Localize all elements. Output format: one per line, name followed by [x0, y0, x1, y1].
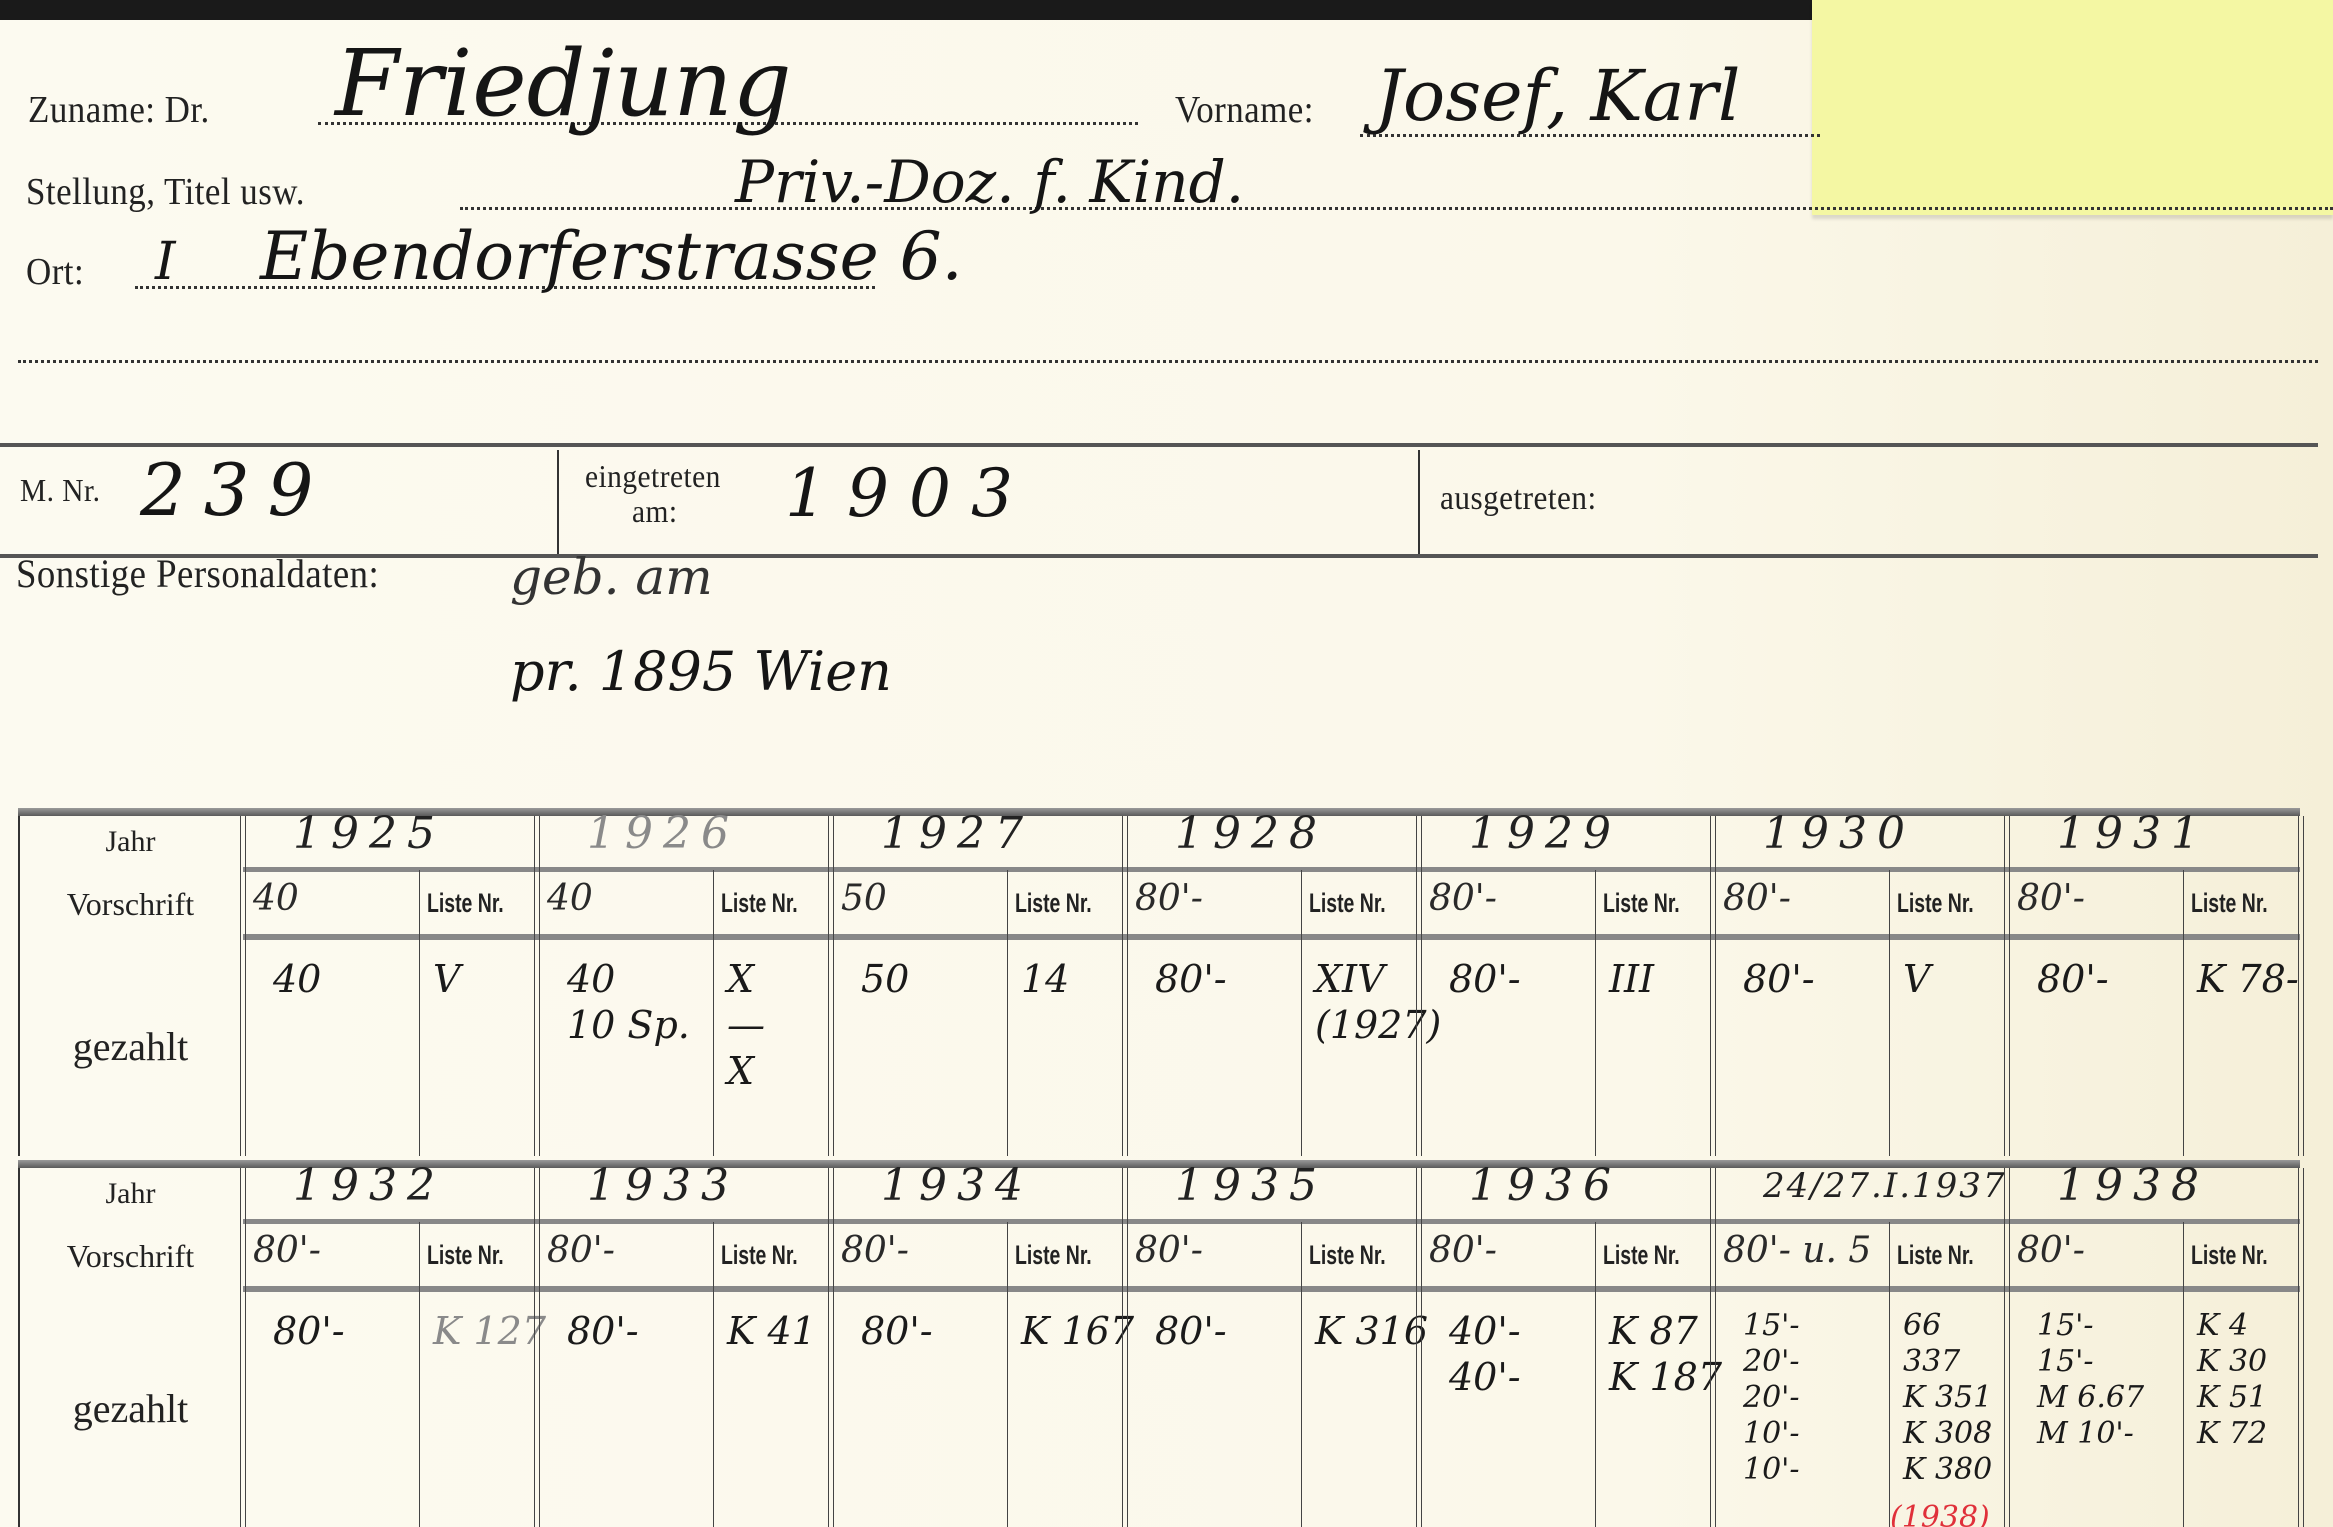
- year-value: 1932: [293, 1160, 445, 1211]
- ort-label: Ort:: [26, 250, 84, 294]
- liste-column-divider: [1889, 1222, 1890, 1527]
- liste-column-divider: [419, 870, 420, 1156]
- liste-nr-value: V: [433, 956, 460, 1002]
- table-left-border: [18, 816, 20, 1156]
- liste-nr-header: Liste Nr.: [427, 1240, 504, 1271]
- liste-nr-value: X — X: [727, 956, 765, 1094]
- year-column-divider: [828, 816, 834, 1156]
- year-column-divider: [1710, 816, 1716, 1156]
- blank-line: [18, 360, 2318, 363]
- ort-value: Ebendorferstrasse 6.: [260, 218, 963, 295]
- zuname-label: Zuname: Dr.: [28, 88, 210, 132]
- gezahlt-value: 80'-: [1155, 1308, 1227, 1354]
- vorschrift-value: 80'- u. 5: [1723, 1230, 1871, 1271]
- liste-nr-value: K 316: [1315, 1308, 1428, 1354]
- membership-card: Zuname: Dr. Friedjung Vorname: Josef, Ka…: [0, 0, 2333, 1527]
- table-left-border: [18, 1168, 20, 1527]
- year-value: 24/27.I.1937: [1763, 1166, 2007, 1206]
- mnr-value: 239: [140, 448, 331, 532]
- red-note: (1938): [1890, 1500, 1990, 1527]
- eingetreten-label-am: am:: [632, 493, 678, 530]
- liste-nr-value: 66 337 K 351 K 308 K 380: [1903, 1308, 1992, 1488]
- liste-nr-value: K 167: [1021, 1308, 1134, 1354]
- eingetreten-label: eingetreten: [585, 458, 721, 495]
- personal-line-1: geb. am: [510, 548, 713, 606]
- year-column-divider: [2004, 816, 2010, 1156]
- gezahlt-label: gezahlt: [18, 1023, 243, 1070]
- jahr-label: Jahr: [18, 825, 243, 859]
- stellung-value: Priv.-Doz. f. Kind.: [735, 148, 1244, 216]
- year-column-divider: [2004, 1168, 2010, 1527]
- year-column-divider: [534, 1168, 540, 1527]
- liste-nr-header: Liste Nr.: [721, 1240, 798, 1271]
- gezahlt-value: 15'- 15'- M 6.67 M 10'-: [2037, 1308, 2144, 1452]
- year-value: 1926: [587, 808, 739, 859]
- year-value: 1925: [293, 808, 445, 859]
- year-column-divider: [240, 816, 246, 1156]
- vorschrift-value: 80'-: [1135, 1230, 1203, 1271]
- liste-nr-value: V: [1903, 956, 1930, 1002]
- mnr-label: M. Nr.: [20, 472, 100, 509]
- gezahlt-value: 40'- 40'-: [1449, 1308, 1521, 1400]
- stellung-label: Stellung, Titel usw.: [26, 170, 305, 214]
- year-column-divider: [828, 1168, 834, 1527]
- gezahlt-value: 80'-: [1449, 956, 1521, 1002]
- vorname-value: Josef, Karl: [1375, 55, 1740, 137]
- gezahlt-value: 80'-: [1743, 956, 1815, 1002]
- liste-nr-value: K 4 K 30 K 51 K 72: [2197, 1308, 2267, 1452]
- gezahlt-label: gezahlt: [18, 1385, 243, 1432]
- ort-district: I: [155, 232, 176, 292]
- vorschrift-value: 40: [547, 878, 593, 919]
- vorschrift-value: 80'-: [2017, 1230, 2085, 1271]
- vorschrift-label: Vorschrift: [18, 1238, 243, 1275]
- gezahlt-value: 80'-: [273, 1308, 345, 1354]
- vorschrift-label: Vorschrift: [18, 886, 243, 923]
- year-value: 1929: [1469, 808, 1621, 859]
- gezahlt-value: 40 10 Sp.: [567, 956, 690, 1048]
- zuname-value: Friedjung: [335, 30, 792, 137]
- vorschrift-row-rule: [243, 934, 2300, 940]
- liste-column-divider: [713, 1222, 714, 1527]
- liste-nr-header: Liste Nr.: [1309, 1240, 1386, 1271]
- year-value: 1927: [881, 808, 1033, 859]
- year-value: 1931: [2057, 808, 2209, 859]
- liste-column-divider: [1595, 1222, 1596, 1527]
- mnr-top-rule: [0, 443, 2318, 447]
- year-column-divider: [240, 1168, 246, 1527]
- liste-nr-header: Liste Nr.: [1015, 888, 1092, 919]
- gezahlt-value: 80'-: [1155, 956, 1227, 1002]
- liste-nr-header: Liste Nr.: [1603, 1240, 1680, 1271]
- vorschrift-value: 80'-: [253, 1230, 321, 1271]
- liste-nr-value: K 87 K 187: [1609, 1308, 1722, 1400]
- liste-column-divider: [1007, 1222, 1008, 1527]
- vorschrift-value: 50: [841, 878, 887, 919]
- liste-nr-header: Liste Nr.: [1015, 1240, 1092, 1271]
- eingetreten-divider: [1418, 450, 1420, 554]
- jahr-label: Jahr: [18, 1177, 243, 1211]
- liste-column-divider: [1595, 870, 1596, 1156]
- liste-nr-header: Liste Nr.: [1603, 888, 1680, 919]
- year-column-divider: [1710, 1168, 1716, 1527]
- liste-nr-header: Liste Nr.: [2191, 888, 2268, 919]
- gezahlt-value: 80'-: [567, 1308, 639, 1354]
- liste-nr-value: K 127: [433, 1308, 546, 1354]
- gezahlt-value: 15'- 20'- 20'- 10'- 10'-: [1743, 1308, 1800, 1488]
- dues-table-1932-1938: JahrVorschriftgezahlt193280'-Liste Nr.80…: [18, 1160, 2300, 1527]
- liste-nr-header: Liste Nr.: [427, 888, 504, 919]
- vorschrift-value: 80'-: [1429, 1230, 1497, 1271]
- year-value: 1933: [587, 1160, 739, 1211]
- vorschrift-row-rule: [243, 1286, 2300, 1292]
- year-column-divider: [1122, 1168, 1128, 1527]
- liste-nr-header: Liste Nr.: [1897, 1240, 1974, 1271]
- liste-nr-value: K 78-: [2197, 956, 2299, 1002]
- vorschrift-value: 40: [253, 878, 299, 919]
- vorschrift-value: 80'-: [1723, 878, 1791, 919]
- liste-nr-header: Liste Nr.: [721, 888, 798, 919]
- gezahlt-value: 40: [273, 956, 321, 1002]
- table-right-border: [2298, 816, 2304, 1156]
- year-column-divider: [1416, 816, 1422, 1156]
- liste-nr-header: Liste Nr.: [1309, 888, 1386, 919]
- vorschrift-value: 80'-: [547, 1230, 615, 1271]
- gezahlt-value: 50: [861, 956, 909, 1002]
- personal-label: Sonstige Personaldaten:: [16, 550, 379, 597]
- liste-nr-header: Liste Nr.: [1897, 888, 1974, 919]
- gezahlt-value: 80'-: [861, 1308, 933, 1354]
- gezahlt-value: 80'-: [2037, 956, 2109, 1002]
- liste-column-divider: [2183, 1222, 2184, 1527]
- liste-nr-value: 14: [1021, 956, 1069, 1002]
- jahr-row-rule: [243, 1219, 2300, 1224]
- personal-line-2: pr. 1895 Wien: [510, 640, 892, 703]
- vorschrift-value: 80'-: [841, 1230, 909, 1271]
- jahr-row-rule: [243, 867, 2300, 872]
- dues-table-1925-1931: JahrVorschriftgezahlt192540Liste Nr.40V1…: [18, 808, 2300, 1158]
- year-value: 1935: [1175, 1160, 1327, 1211]
- vorschrift-value: 80'-: [1135, 878, 1203, 919]
- vorschrift-value: 80'-: [1429, 878, 1497, 919]
- year-value: 1934: [881, 1160, 1033, 1211]
- liste-column-divider: [1007, 870, 1008, 1156]
- liste-column-divider: [713, 870, 714, 1156]
- liste-nr-value: K 41: [727, 1308, 816, 1354]
- liste-column-divider: [1889, 870, 1890, 1156]
- liste-column-divider: [419, 1222, 420, 1527]
- year-value: 1930: [1763, 808, 1915, 859]
- mnr-divider: [557, 450, 559, 554]
- year-value: 1938: [2057, 1160, 2209, 1211]
- year-value: 1936: [1469, 1160, 1621, 1211]
- table-right-border: [2298, 1168, 2304, 1527]
- liste-nr-header: Liste Nr.: [2191, 1240, 2268, 1271]
- vorschrift-value: 80'-: [2017, 878, 2085, 919]
- liste-nr-value: XIV (1927): [1315, 956, 1441, 1048]
- liste-column-divider: [1301, 870, 1302, 1156]
- year-column-divider: [534, 816, 540, 1156]
- vorname-label: Vorname:: [1175, 88, 1314, 132]
- sticky-note: [1812, 0, 2333, 215]
- liste-nr-value: III: [1609, 956, 1654, 1002]
- liste-column-divider: [1301, 1222, 1302, 1527]
- year-column-divider: [1122, 816, 1128, 1156]
- ausgetreten-label: ausgetreten:: [1440, 480, 1597, 518]
- year-value: 1928: [1175, 808, 1327, 859]
- liste-column-divider: [2183, 870, 2184, 1156]
- eingetreten-value: 1903: [785, 455, 1033, 532]
- year-column-divider: [1416, 1168, 1422, 1527]
- card-top-edge: [0, 0, 1815, 20]
